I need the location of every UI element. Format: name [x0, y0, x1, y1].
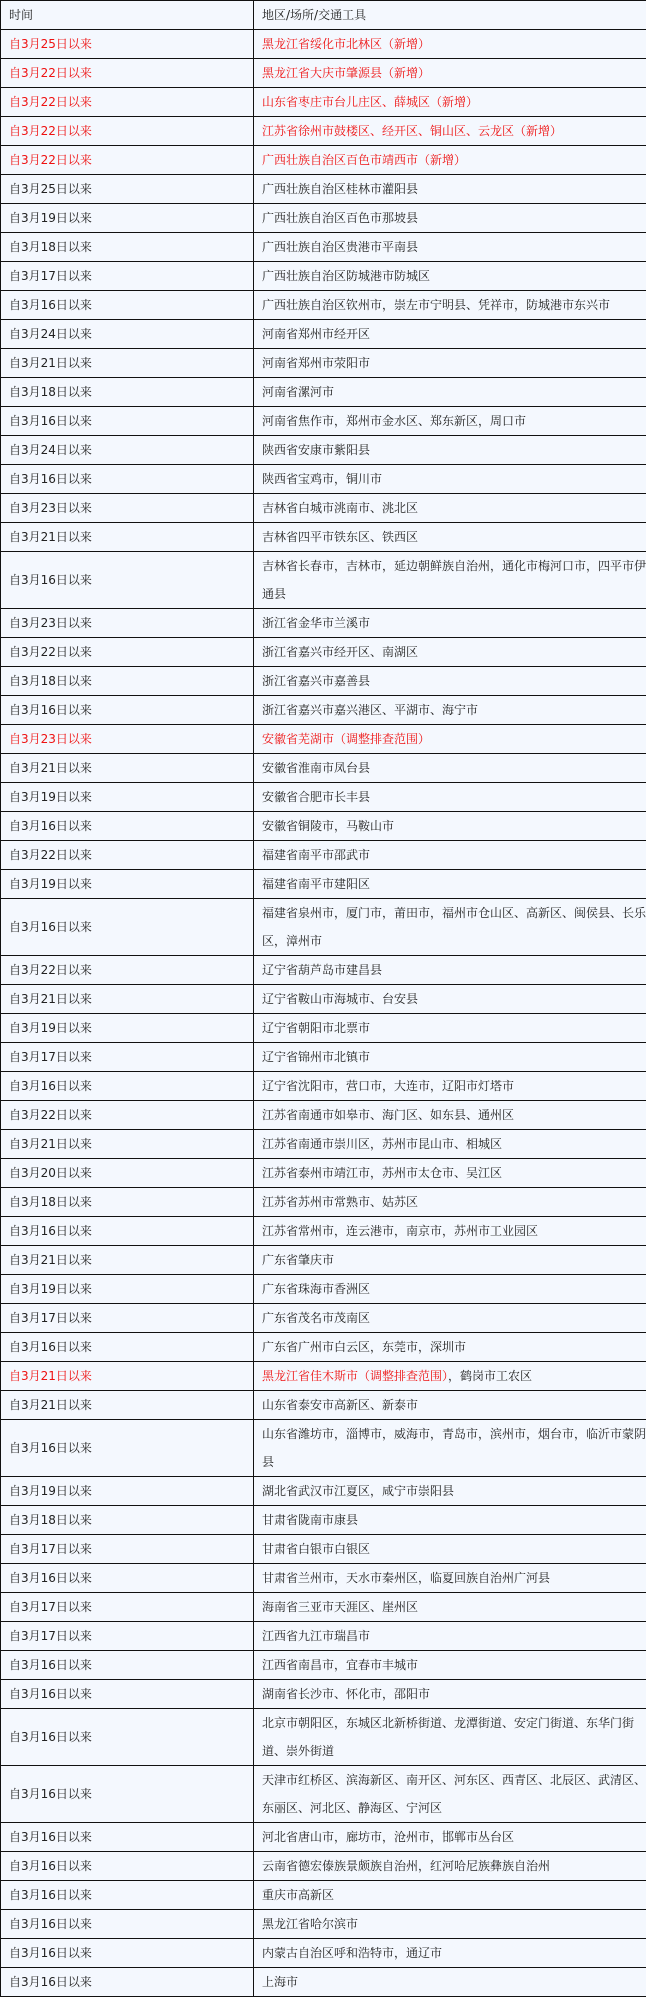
row-place-text: 广东省广州市白云区，东莞市，深圳市 — [262, 1340, 466, 1354]
table-row: 自3月21日以来山东省泰安市高新区、新泰市 — [1, 1391, 646, 1420]
table-row: 自3月24日以来河南省郑州市经开区 — [1, 320, 646, 349]
row-time: 自3月17日以来 — [1, 1622, 254, 1651]
row-time: 自3月18日以来 — [1, 667, 254, 696]
row-place-text: 江西省九江市瑞昌市 — [262, 1629, 370, 1643]
table-row: 自3月19日以来辽宁省朝阳市北票市 — [1, 1014, 646, 1043]
table-row: 自3月22日以来广西壮族自治区百色市靖西市（新增） — [1, 146, 646, 175]
row-place-text: 湖南省长沙市、怀化市，邵阳市 — [262, 1687, 430, 1701]
row-place-text: 吉林省白城市洮南市、洮北区 — [262, 501, 418, 515]
row-place-text: 广东省珠海市香洲区 — [262, 1282, 370, 1296]
row-place-text: 河南省焦作市，郑州市金水区、郑东新区，周口市 — [262, 414, 526, 428]
row-time: 自3月16日以来 — [1, 1968, 254, 1997]
row-time: 自3月19日以来 — [1, 1477, 254, 1506]
row-place: 北京市朝阳区，东城区北新桥街道、龙潭街道、安定门街道、东华门街道、崇外街道 — [254, 1709, 646, 1766]
table-body: 自3月25日以来黑龙江省绥化市北林区（新增）自3月22日以来黑龙江省大庆市肇源县… — [1, 30, 646, 1997]
table-row: 自3月25日以来广西壮族自治区桂林市灌阳县 — [1, 175, 646, 204]
row-place: 福建省南平市建阳区 — [254, 870, 646, 899]
row-time: 自3月16日以来 — [1, 1939, 254, 1968]
table-row: 自3月16日以来山东省潍坊市，淄博市，威海市，青岛市，滨州市，烟台市，临沂市蒙阴… — [1, 1420, 646, 1477]
row-place-text: 安徽省铜陵市，马鞍山市 — [262, 819, 394, 833]
row-place-text: 江苏省泰州市靖江市，苏州市太仓市、吴江区 — [262, 1166, 502, 1180]
row-time: 自3月16日以来 — [1, 1823, 254, 1852]
row-place: 黑龙江省绥化市北林区（新增） — [254, 30, 646, 59]
row-time: 自3月16日以来 — [1, 1680, 254, 1709]
row-time: 自3月25日以来 — [1, 30, 254, 59]
row-time: 自3月18日以来 — [1, 1188, 254, 1217]
table-row: 自3月23日以来吉林省白城市洮南市、洮北区 — [1, 494, 646, 523]
table-row: 自3月22日以来辽宁省葫芦岛市建昌县 — [1, 956, 646, 985]
row-place-text: 江苏省常州市，连云港市，南京市，苏州市工业园区 — [262, 1224, 538, 1238]
row-place: 吉林省长春市，吉林市，延边朝鲜族自治州，通化市梅河口市，四平市伊通县 — [254, 552, 646, 609]
row-place: 江苏省南通市如皋市、海门区、如东县、通州区 — [254, 1101, 646, 1130]
table-row: 自3月16日以来内蒙古自治区呼和浩特市，通辽市 — [1, 1939, 646, 1968]
row-time: 自3月16日以来 — [1, 899, 254, 956]
row-time: 自3月16日以来 — [1, 1072, 254, 1101]
row-place-text: 江西省南昌市，宜春市丰城市 — [262, 1658, 418, 1672]
row-place: 广东省茂名市茂南区 — [254, 1304, 646, 1333]
row-place: 山东省泰安市高新区、新泰市 — [254, 1391, 646, 1420]
row-time: 自3月16日以来 — [1, 407, 254, 436]
row-place: 甘肃省兰州市，天水市秦州区，临夏回族自治州广河县 — [254, 1564, 646, 1593]
row-place: 安徽省芜湖市（调整排查范围） — [254, 725, 646, 754]
table-row: 自3月16日以来广西壮族自治区钦州市，崇左市宁明县、凭祥市，防城港市东兴市 — [1, 291, 646, 320]
row-place: 广西壮族自治区百色市那坡县 — [254, 204, 646, 233]
row-place-text: 福建省南平市邵武市 — [262, 848, 370, 862]
table-row: 自3月16日以来云南省德宏傣族景颇族自治州，红河哈尼族彝族自治州 — [1, 1852, 646, 1881]
row-place-text: 辽宁省鞍山市海城市、台安县 — [262, 992, 418, 1006]
row-place: 广西壮族自治区百色市靖西市（新增） — [254, 146, 646, 175]
row-place: 福建省南平市邵武市 — [254, 841, 646, 870]
row-time: 自3月22日以来 — [1, 638, 254, 667]
row-place-text: 福建省泉州市，厦门市，莆田市，福州市仓山区、高新区、闽侯县、长乐区，漳州市 — [262, 906, 646, 948]
row-place-text: 河南省漯河市 — [262, 385, 334, 399]
row-time: 自3月16日以来 — [1, 1420, 254, 1477]
row-place-text: 吉林省长春市，吉林市，延边朝鲜族自治州，通化市梅河口市，四平市伊通县 — [262, 559, 646, 601]
table-row: 自3月16日以来北京市朝阳区，东城区北新桥街道、龙潭街道、安定门街道、东华门街道… — [1, 1709, 646, 1766]
table-row: 自3月17日以来广东省茂名市茂南区 — [1, 1304, 646, 1333]
table-row: 自3月16日以来浙江省嘉兴市嘉兴港区、平湖市、海宁市 — [1, 696, 646, 725]
table-row: 自3月16日以来上海市 — [1, 1968, 646, 1997]
row-place-text: 江苏省南通市崇川区，苏州市昆山市、相城区 — [262, 1137, 502, 1151]
row-place-text: 福建省南平市建阳区 — [262, 877, 370, 891]
table-row: 自3月16日以来福建省泉州市，厦门市，莆田市，福州市仓山区、高新区、闽侯县、长乐… — [1, 899, 646, 956]
row-place: 安徽省铜陵市，马鞍山市 — [254, 812, 646, 841]
table-row: 自3月22日以来浙江省嘉兴市经开区、南湖区 — [1, 638, 646, 667]
table-row: 自3月21日以来黑龙江省佳木斯市（调整排查范围），鹤岗市工农区 — [1, 1362, 646, 1391]
row-time: 自3月16日以来 — [1, 1651, 254, 1680]
row-place-text: 安徽省淮南市凤台县 — [262, 761, 370, 775]
row-place-text: 江苏省苏州市常熟市、姑苏区 — [262, 1195, 418, 1209]
row-place-text: 吉林省四平市铁东区、铁西区 — [262, 530, 418, 544]
table-row: 自3月24日以来陕西省安康市紫阳县 — [1, 436, 646, 465]
table-row: 自3月16日以来湖南省长沙市、怀化市，邵阳市 — [1, 1680, 646, 1709]
row-place: 江苏省常州市，连云港市，南京市，苏州市工业园区 — [254, 1217, 646, 1246]
row-place: 江苏省南通市崇川区，苏州市昆山市、相城区 — [254, 1130, 646, 1159]
row-place-text: 辽宁省朝阳市北票市 — [262, 1021, 370, 1035]
row-place: 甘肃省白银市白银区 — [254, 1535, 646, 1564]
risk-area-table: 时间 地区/场所/交通工具 自3月25日以来黑龙江省绥化市北林区（新增）自3月2… — [0, 0, 646, 1997]
table-row: 自3月17日以来广西壮族自治区防城港市防城区 — [1, 262, 646, 291]
table-row: 自3月16日以来甘肃省兰州市，天水市秦州区，临夏回族自治州广河县 — [1, 1564, 646, 1593]
row-place-text: 广西壮族自治区百色市那坡县 — [262, 211, 418, 225]
table-row: 自3月17日以来海南省三亚市天涯区、崖州区 — [1, 1593, 646, 1622]
table-row: 自3月16日以来辽宁省沈阳市，营口市，大连市，辽阳市灯塔市 — [1, 1072, 646, 1101]
row-place-text: 浙江省嘉兴市经开区、南湖区 — [262, 645, 418, 659]
row-place-text: 江苏省南通市如皋市、海门区、如东县、通州区 — [262, 1108, 514, 1122]
row-time: 自3月22日以来 — [1, 1101, 254, 1130]
row-time: 自3月21日以来 — [1, 985, 254, 1014]
row-time: 自3月19日以来 — [1, 870, 254, 899]
table-row: 自3月19日以来广东省珠海市香洲区 — [1, 1275, 646, 1304]
row-time: 自3月16日以来 — [1, 1910, 254, 1939]
table-row: 自3月16日以来吉林省长春市，吉林市，延边朝鲜族自治州，通化市梅河口市，四平市伊… — [1, 552, 646, 609]
row-place: 吉林省白城市洮南市、洮北区 — [254, 494, 646, 523]
row-time: 自3月17日以来 — [1, 1535, 254, 1564]
row-time: 自3月22日以来 — [1, 146, 254, 175]
row-place: 海南省三亚市天涯区、崖州区 — [254, 1593, 646, 1622]
row-place-text: 广东省茂名市茂南区 — [262, 1311, 370, 1325]
row-place-text: 浙江省嘉兴市嘉兴港区、平湖市、海宁市 — [262, 703, 478, 717]
row-place: 江西省南昌市，宜春市丰城市 — [254, 1651, 646, 1680]
row-place: 辽宁省葫芦岛市建昌县 — [254, 956, 646, 985]
row-place-text: 甘肃省兰州市，天水市秦州区，临夏回族自治州广河县 — [262, 1571, 550, 1585]
row-place-text: 山东省枣庄市台儿庄区、薛城区（新增） — [262, 95, 478, 109]
row-place-text: 广西壮族自治区防城港市防城区 — [262, 269, 430, 283]
row-place: 浙江省金华市兰溪市 — [254, 609, 646, 638]
row-place-text: 广西壮族自治区桂林市灌阳县 — [262, 182, 418, 196]
table-row: 自3月21日以来江苏省南通市崇川区，苏州市昆山市、相城区 — [1, 1130, 646, 1159]
row-place: 安徽省淮南市凤台县 — [254, 754, 646, 783]
table-row: 自3月16日以来广东省广州市白云区，东莞市，深圳市 — [1, 1333, 646, 1362]
row-place: 黑龙江省佳木斯市（调整排查范围），鹤岗市工农区 — [254, 1362, 646, 1391]
row-time: 自3月17日以来 — [1, 262, 254, 291]
row-time: 自3月21日以来 — [1, 754, 254, 783]
row-place: 甘肃省陇南市康县 — [254, 1506, 646, 1535]
row-place: 陕西省安康市紫阳县 — [254, 436, 646, 465]
row-place-text: 广东省肇庆市 — [262, 1253, 334, 1267]
row-time: 自3月22日以来 — [1, 117, 254, 146]
row-time: 自3月21日以来 — [1, 1130, 254, 1159]
row-place: 内蒙古自治区呼和浩特市，通辽市 — [254, 1939, 646, 1968]
row-place-text: 辽宁省沈阳市，营口市，大连市，辽阳市灯塔市 — [262, 1079, 514, 1093]
row-place-text: 浙江省金华市兰溪市 — [262, 616, 370, 630]
row-place: 广西壮族自治区贵港市平南县 — [254, 233, 646, 262]
row-place-text: 黑龙江省佳木斯市（调整排查范围） — [262, 1369, 448, 1383]
row-time: 自3月16日以来 — [1, 1852, 254, 1881]
table-row: 自3月17日以来甘肃省白银市白银区 — [1, 1535, 646, 1564]
row-time: 自3月16日以来 — [1, 1217, 254, 1246]
row-place: 陕西省宝鸡市，铜川市 — [254, 465, 646, 494]
row-place-tail: ，鹤岗市工农区 — [448, 1369, 532, 1383]
row-place: 江苏省徐州市鼓楼区、经开区、铜山区、云龙区（新增） — [254, 117, 646, 146]
row-place-text: 天津市红桥区、滨海新区、南开区、河东区、西青区、北辰区、武清区、东丽区、河北区、… — [262, 1773, 646, 1815]
row-time: 自3月16日以来 — [1, 696, 254, 725]
row-time: 自3月22日以来 — [1, 88, 254, 117]
table-row: 自3月17日以来江西省九江市瑞昌市 — [1, 1622, 646, 1651]
table-row: 自3月21日以来吉林省四平市铁东区、铁西区 — [1, 523, 646, 552]
table-row: 自3月19日以来安徽省合肥市长丰县 — [1, 783, 646, 812]
table-row: 自3月21日以来河南省郑州市荥阳市 — [1, 349, 646, 378]
row-place: 黑龙江省哈尔滨市 — [254, 1910, 646, 1939]
row-place-text: 陕西省安康市紫阳县 — [262, 443, 370, 457]
row-place-text: 辽宁省葫芦岛市建昌县 — [262, 963, 382, 977]
row-place: 辽宁省锦州市北镇市 — [254, 1043, 646, 1072]
row-time: 自3月16日以来 — [1, 1766, 254, 1823]
row-time: 自3月16日以来 — [1, 465, 254, 494]
row-place: 吉林省四平市铁东区、铁西区 — [254, 523, 646, 552]
row-time: 自3月21日以来 — [1, 1391, 254, 1420]
row-place-text: 黑龙江省大庆市肇源县（新增） — [262, 66, 430, 80]
row-place-text: 甘肃省白银市白银区 — [262, 1542, 370, 1556]
row-time: 自3月19日以来 — [1, 1275, 254, 1304]
table-row: 自3月20日以来江苏省泰州市靖江市，苏州市太仓市、吴江区 — [1, 1159, 646, 1188]
row-place-text: 湖北省武汉市江夏区，咸宁市崇阳县 — [262, 1484, 454, 1498]
row-time: 自3月23日以来 — [1, 609, 254, 638]
row-place: 山东省潍坊市，淄博市，威海市，青岛市，滨州市，烟台市，临沂市蒙阴县 — [254, 1420, 646, 1477]
table-header-row: 时间 地区/场所/交通工具 — [1, 1, 646, 30]
row-time: 自3月24日以来 — [1, 320, 254, 349]
table-row: 自3月22日以来福建省南平市邵武市 — [1, 841, 646, 870]
table-row: 自3月22日以来江苏省南通市如皋市、海门区、如东县、通州区 — [1, 1101, 646, 1130]
row-place: 重庆市高新区 — [254, 1881, 646, 1910]
row-place: 江苏省泰州市靖江市，苏州市太仓市、吴江区 — [254, 1159, 646, 1188]
row-place-text: 北京市朝阳区，东城区北新桥街道、龙潭街道、安定门街道、东华门街道、崇外街道 — [262, 1716, 634, 1758]
table-row: 自3月18日以来江苏省苏州市常熟市、姑苏区 — [1, 1188, 646, 1217]
table-row: 自3月22日以来江苏省徐州市鼓楼区、经开区、铜山区、云龙区（新增） — [1, 117, 646, 146]
row-place-text: 上海市 — [262, 1975, 298, 1989]
row-place: 江苏省苏州市常熟市、姑苏区 — [254, 1188, 646, 1217]
row-place: 浙江省嘉兴市嘉善县 — [254, 667, 646, 696]
row-time: 自3月16日以来 — [1, 812, 254, 841]
table-row: 自3月16日以来江西省南昌市，宜春市丰城市 — [1, 1651, 646, 1680]
row-place: 辽宁省沈阳市，营口市，大连市，辽阳市灯塔市 — [254, 1072, 646, 1101]
table-row: 自3月16日以来河南省焦作市，郑州市金水区、郑东新区，周口市 — [1, 407, 646, 436]
row-time: 自3月23日以来 — [1, 494, 254, 523]
table-row: 自3月18日以来河南省漯河市 — [1, 378, 646, 407]
row-time: 自3月21日以来 — [1, 349, 254, 378]
row-place: 安徽省合肥市长丰县 — [254, 783, 646, 812]
row-place-text: 云南省德宏傣族景颇族自治州，红河哈尼族彝族自治州 — [262, 1859, 550, 1873]
row-place: 河南省焦作市，郑州市金水区、郑东新区，周口市 — [254, 407, 646, 436]
table-row: 自3月19日以来福建省南平市建阳区 — [1, 870, 646, 899]
row-place-text: 广西壮族自治区贵港市平南县 — [262, 240, 418, 254]
row-place-text: 河北省唐山市，廊坊市，沧州市，邯郸市丛台区 — [262, 1830, 514, 1844]
row-place: 上海市 — [254, 1968, 646, 1997]
row-time: 自3月16日以来 — [1, 1709, 254, 1766]
row-time: 自3月21日以来 — [1, 523, 254, 552]
table-row: 自3月23日以来安徽省芜湖市（调整排查范围） — [1, 725, 646, 754]
table-row: 自3月22日以来黑龙江省大庆市肇源县（新增） — [1, 59, 646, 88]
header-time: 时间 — [1, 1, 254, 30]
row-time: 自3月16日以来 — [1, 1881, 254, 1910]
row-time: 自3月18日以来 — [1, 1506, 254, 1535]
table-row: 自3月18日以来浙江省嘉兴市嘉善县 — [1, 667, 646, 696]
row-time: 自3月16日以来 — [1, 291, 254, 320]
row-time: 自3月16日以来 — [1, 1564, 254, 1593]
row-time: 自3月19日以来 — [1, 204, 254, 233]
row-place-text: 海南省三亚市天涯区、崖州区 — [262, 1600, 418, 1614]
row-place: 河北省唐山市，廊坊市，沧州市，邯郸市丛台区 — [254, 1823, 646, 1852]
row-time: 自3月22日以来 — [1, 841, 254, 870]
table-row: 自3月16日以来陕西省宝鸡市，铜川市 — [1, 465, 646, 494]
row-place-text: 内蒙古自治区呼和浩特市，通辽市 — [262, 1946, 442, 1960]
table-row: 自3月21日以来安徽省淮南市凤台县 — [1, 754, 646, 783]
row-time: 自3月16日以来 — [1, 552, 254, 609]
row-place-text: 山东省泰安市高新区、新泰市 — [262, 1398, 418, 1412]
row-time: 自3月18日以来 — [1, 233, 254, 262]
row-place: 浙江省嘉兴市嘉兴港区、平湖市、海宁市 — [254, 696, 646, 725]
table-row: 自3月17日以来辽宁省锦州市北镇市 — [1, 1043, 646, 1072]
row-place-text: 黑龙江省哈尔滨市 — [262, 1917, 358, 1931]
table-row: 自3月16日以来黑龙江省哈尔滨市 — [1, 1910, 646, 1939]
row-time: 自3月17日以来 — [1, 1043, 254, 1072]
row-time: 自3月17日以来 — [1, 1593, 254, 1622]
row-place: 广东省广州市白云区，东莞市，深圳市 — [254, 1333, 646, 1362]
row-place-text: 广西壮族自治区百色市靖西市（新增） — [262, 153, 466, 167]
row-place-text: 浙江省嘉兴市嘉善县 — [262, 674, 370, 688]
row-place-text: 河南省郑州市荥阳市 — [262, 356, 370, 370]
table-row: 自3月21日以来广东省肇庆市 — [1, 1246, 646, 1275]
row-place-text: 江苏省徐州市鼓楼区、经开区、铜山区、云龙区（新增） — [262, 124, 562, 138]
row-place-text: 甘肃省陇南市康县 — [262, 1513, 358, 1527]
row-time: 自3月19日以来 — [1, 783, 254, 812]
row-place: 山东省枣庄市台儿庄区、薛城区（新增） — [254, 88, 646, 117]
row-time: 自3月24日以来 — [1, 436, 254, 465]
row-place-text: 辽宁省锦州市北镇市 — [262, 1050, 370, 1064]
header-place: 地区/场所/交通工具 — [254, 1, 646, 30]
row-place: 河南省郑州市经开区 — [254, 320, 646, 349]
row-place: 广东省肇庆市 — [254, 1246, 646, 1275]
table-row: 自3月16日以来安徽省铜陵市，马鞍山市 — [1, 812, 646, 841]
row-time: 自3月22日以来 — [1, 59, 254, 88]
row-place: 湖北省武汉市江夏区，咸宁市崇阳县 — [254, 1477, 646, 1506]
row-place: 黑龙江省大庆市肇源县（新增） — [254, 59, 646, 88]
row-time: 自3月17日以来 — [1, 1304, 254, 1333]
row-place: 浙江省嘉兴市经开区、南湖区 — [254, 638, 646, 667]
row-time: 自3月23日以来 — [1, 725, 254, 754]
table-row: 自3月22日以来山东省枣庄市台儿庄区、薛城区（新增） — [1, 88, 646, 117]
row-place: 湖南省长沙市、怀化市，邵阳市 — [254, 1680, 646, 1709]
table-row: 自3月18日以来甘肃省陇南市康县 — [1, 1506, 646, 1535]
table-row: 自3月19日以来湖北省武汉市江夏区，咸宁市崇阳县 — [1, 1477, 646, 1506]
table-row: 自3月18日以来广西壮族自治区贵港市平南县 — [1, 233, 646, 262]
row-place: 广西壮族自治区桂林市灌阳县 — [254, 175, 646, 204]
row-place: 辽宁省鞍山市海城市、台安县 — [254, 985, 646, 1014]
row-place: 广西壮族自治区钦州市，崇左市宁明县、凭祥市，防城港市东兴市 — [254, 291, 646, 320]
table-row: 自3月25日以来黑龙江省绥化市北林区（新增） — [1, 30, 646, 59]
table-row: 自3月21日以来辽宁省鞍山市海城市、台安县 — [1, 985, 646, 1014]
table-row: 自3月16日以来重庆市高新区 — [1, 1881, 646, 1910]
row-time: 自3月21日以来 — [1, 1246, 254, 1275]
row-time: 自3月18日以来 — [1, 378, 254, 407]
row-place-text: 山东省潍坊市，淄博市，威海市，青岛市，滨州市，烟台市，临沂市蒙阴县 — [262, 1427, 646, 1469]
row-time: 自3月20日以来 — [1, 1159, 254, 1188]
row-place-text: 河南省郑州市经开区 — [262, 327, 370, 341]
row-place: 云南省德宏傣族景颇族自治州，红河哈尼族彝族自治州 — [254, 1852, 646, 1881]
row-time: 自3月19日以来 — [1, 1014, 254, 1043]
table-row: 自3月16日以来江苏省常州市，连云港市，南京市，苏州市工业园区 — [1, 1217, 646, 1246]
row-place: 河南省郑州市荥阳市 — [254, 349, 646, 378]
row-place-text: 黑龙江省绥化市北林区（新增） — [262, 37, 430, 51]
row-place-text: 安徽省芜湖市（调整排查范围） — [262, 732, 430, 746]
table-row: 自3月23日以来浙江省金华市兰溪市 — [1, 609, 646, 638]
table-row: 自3月19日以来广西壮族自治区百色市那坡县 — [1, 204, 646, 233]
row-place-text: 广西壮族自治区钦州市，崇左市宁明县、凭祥市，防城港市东兴市 — [262, 298, 610, 312]
table-row: 自3月16日以来天津市红桥区、滨海新区、南开区、河东区、西青区、北辰区、武清区、… — [1, 1766, 646, 1823]
row-place: 广西壮族自治区防城港市防城区 — [254, 262, 646, 291]
row-place: 福建省泉州市，厦门市，莆田市，福州市仓山区、高新区、闽侯县、长乐区，漳州市 — [254, 899, 646, 956]
row-time: 自3月16日以来 — [1, 1333, 254, 1362]
row-time: 自3月25日以来 — [1, 175, 254, 204]
row-place: 辽宁省朝阳市北票市 — [254, 1014, 646, 1043]
row-place-text: 陕西省宝鸡市，铜川市 — [262, 472, 382, 486]
table-row: 自3月16日以来河北省唐山市，廊坊市，沧州市，邯郸市丛台区 — [1, 1823, 646, 1852]
row-place-text: 重庆市高新区 — [262, 1888, 334, 1902]
row-time: 自3月21日以来 — [1, 1362, 254, 1391]
row-place: 江西省九江市瑞昌市 — [254, 1622, 646, 1651]
row-place: 天津市红桥区、滨海新区、南开区、河东区、西青区、北辰区、武清区、东丽区、河北区、… — [254, 1766, 646, 1823]
row-place: 河南省漯河市 — [254, 378, 646, 407]
row-place: 广东省珠海市香洲区 — [254, 1275, 646, 1304]
row-place-text: 安徽省合肥市长丰县 — [262, 790, 370, 804]
row-time: 自3月22日以来 — [1, 956, 254, 985]
